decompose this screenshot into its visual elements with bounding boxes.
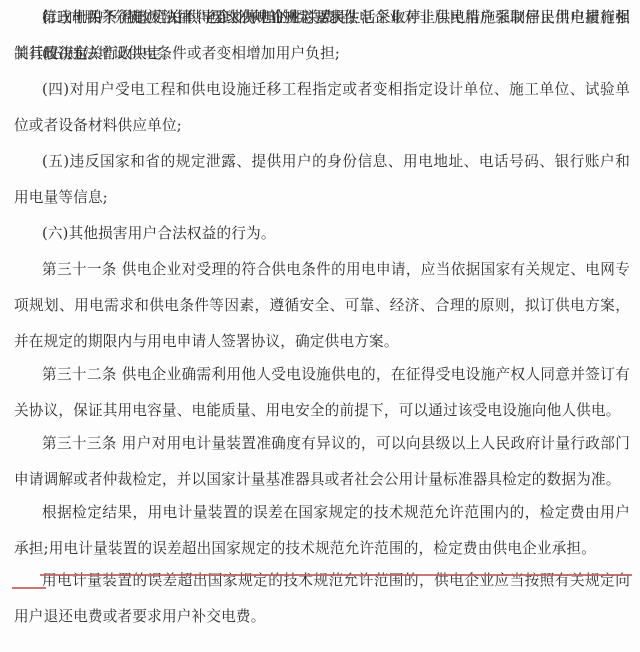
clause-item-4: (四)对用户受电工程和供电设施迁移工程指定或者变相指定设计单位、施工单位、试验单… (14, 72, 630, 144)
highlight-underline-line-1 (40, 574, 632, 576)
clause-item-5: (五)违反国家和省的规定泄露、提供用户的身份信息、用电地址、电话号码、银行账户和… (14, 144, 630, 216)
article-33-paragraph-2: 根据检定结果，用电计量装置的误差在国家规定的技术规范允许范围内的，检定费由用户承… (14, 495, 630, 567)
highlight-underline-line-2 (12, 587, 46, 589)
clause-item-6: (六)其他损害用户合法权益的行为。 (14, 216, 630, 252)
article-31: 第三十一条 供电企业对受理的符合供电条件的用电申请，应当依据国家有关规定、电网专… (14, 252, 630, 360)
article-34-paragraph-2: 行政机关不得违反法律、行政法规的规定要求供电企业对非居民用户采取停止供电措施强制… (14, 0, 630, 72)
article-32: 第三十二条 供电企业确需利用他人受电设施供电的，在征得受电设施产权人同意并签订有… (14, 357, 630, 429)
article-33: 第三十三条 用户对用电计量装置准确度有异议的，可以向县级以上人民政府计量行政部门… (14, 426, 630, 498)
